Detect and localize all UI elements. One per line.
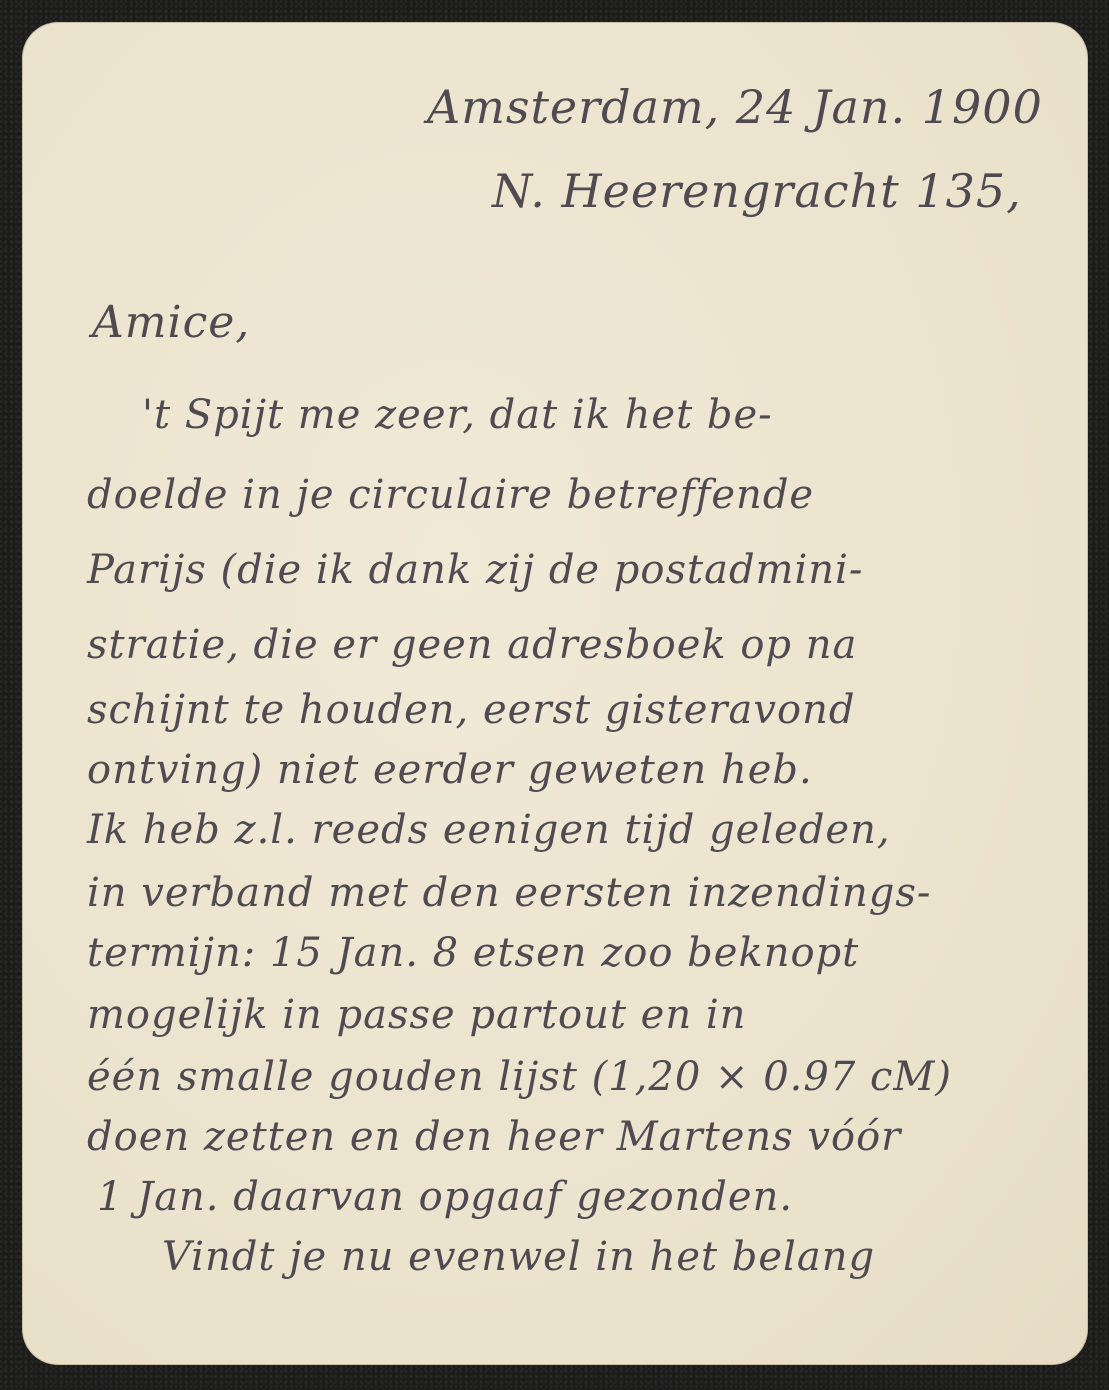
letter-line: Parijs (die ik dank zij de postadmini- (87, 547, 863, 593)
letter-line: stratie, die er geen adresboek op na (87, 622, 857, 668)
address: N. Heerengracht 135, (492, 164, 1022, 218)
letter-line: Vindt je nu evenwel in het belang (162, 1234, 875, 1280)
letter-line: termijn: 15 Jan. 8 etsen zoo beknopt (87, 930, 859, 976)
letter-line: in verband met den eersten inzendings- (87, 870, 931, 916)
salutation: Amice, (92, 297, 250, 348)
letter-line: schijnt te houden, eerst gisteravond (87, 687, 855, 733)
letter-line: mogelijk in passe partout en in (87, 992, 746, 1038)
letter-line: 't Spijt me zeer, dat ik het be- (142, 392, 773, 438)
letter-line: één smalle gouden lijst (1,20 × 0.97 cM) (87, 1054, 952, 1100)
letter-line: doelde in je circulaire betreffende (87, 472, 814, 518)
letter-line: Ik heb z.l. reeds eenigen tijd geleden, (87, 807, 891, 853)
letter-line: ontving) niet eerder geweten heb. (87, 747, 813, 793)
letter-line: doen zetten en den heer Martens vóór (87, 1114, 901, 1160)
letter-card: Amsterdam, 24 Jan. 1900 N. Heerengracht … (22, 22, 1088, 1365)
place-date: Amsterdam, 24 Jan. 1900 (427, 80, 1043, 134)
letter-line: 1 Jan. daarvan opgaaf gezonden. (97, 1174, 793, 1220)
